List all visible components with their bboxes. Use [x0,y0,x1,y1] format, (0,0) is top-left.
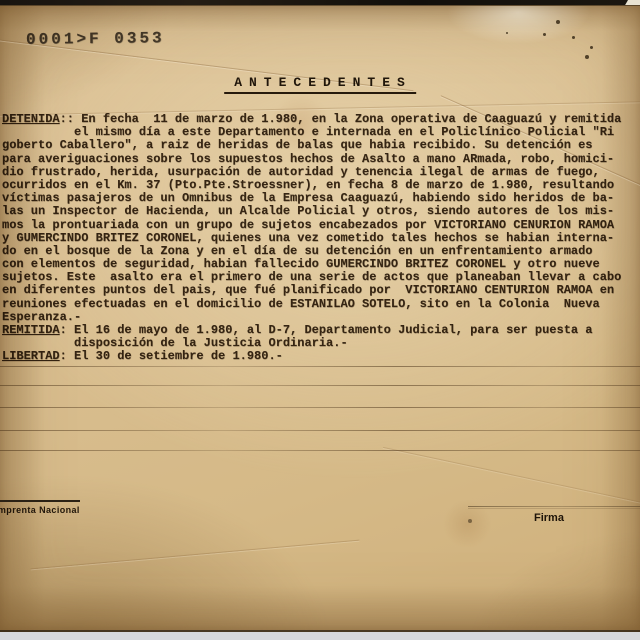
record-line: el mismo día a este Departamento e inter… [2,126,640,139]
document-paper: 0001>F 0353 ANTECEDENTES DETENIDA:: En f… [0,5,640,632]
wormhole-spot [572,36,575,39]
record-line: y GUMERCINDO BRITEZ CORONEL, quienes una… [2,232,640,245]
wormhole-spot [556,20,560,24]
crease-line [383,447,640,506]
record-line: las un Inspector de Hacienda, un Alcalde… [2,205,640,218]
wormhole-spot [543,33,546,36]
record-line: Esperanza.- [2,311,640,324]
record-line: REMITIDA: El 16 de mayo de 1.980, al D-7… [2,324,640,337]
record-line: DETENIDA:: En fecha 11 de marzo de 1.980… [2,113,640,126]
crease-line [31,540,360,570]
archive-number-stamp: 0001>F 0353 [26,29,165,48]
ruled-line [0,366,640,367]
wormhole-spot [506,32,508,34]
wormhole-spot [585,55,589,59]
foxing-spot [468,519,472,523]
record-line: mos la prontuariada con un grupo de suje… [2,219,640,232]
record-line: LIBERTAD: El 30 de setiembre de 1.980.- [2,350,640,363]
record-line: para averiguaciones sobre los supuestos … [2,153,640,166]
signature-line [468,506,640,507]
ruled-line [0,407,640,408]
wormhole-spot [590,46,593,49]
printer-imprint: Imprenta Nacional [0,505,80,515]
screenshot-root: { "photo": { "background_color": "#cdd0d… [0,0,640,640]
signature-label: Firma [534,512,564,524]
record-line: dio frustrado, herida, usurpación de aut… [2,166,640,179]
record-line: ocurridos en el Km. 37 (Pto.Pte.Stroessn… [2,179,640,192]
record-field-label: DETENIDA [2,113,60,126]
ruled-line [0,450,640,451]
record-line: en diferentes puntos del pais, que fué p… [2,284,640,297]
record-field-label: REMITIDA [2,324,60,337]
record-line: goberto Caballero", a raiz de heridas de… [2,139,640,152]
record-line: disposición de la Justicia Ordinaria.- [2,337,640,350]
record-text: DETENIDA:: En fecha 11 de marzo de 1.980… [2,113,640,364]
record-line: víctimas pasajeros de un Omnibus de la E… [2,192,640,205]
record-field-label: LIBERTAD [2,350,60,363]
ruled-line [0,385,640,386]
printer-rule [0,500,80,502]
record-line: con elementos de seguridad, habian falle… [2,258,640,271]
record-line: do en el bosque de la Zona y en el día d… [2,245,640,258]
document-title: ANTECEDENTES [224,75,416,94]
ruled-line [0,430,640,431]
record-line: sujetos. Este asalto era el primero de u… [2,271,640,284]
record-line: reuniones efectuadas en el domicilio de … [2,298,640,311]
